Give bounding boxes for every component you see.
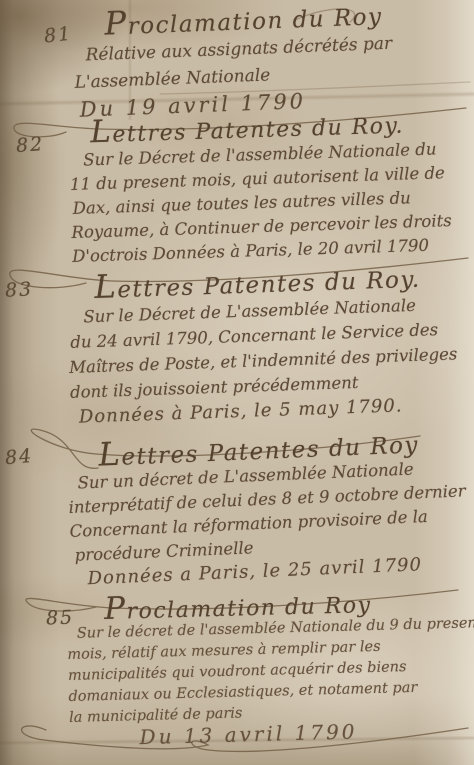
entry-number-82: 82 (15, 133, 45, 157)
registry-entry-81: Proclamation du Roy Rélative aux assigna… (70, 0, 474, 124)
manuscript-page: 81 82 83 84 85 Proclamation du Roy Rélat… (0, 0, 474, 765)
entry-number-81: 81 (43, 23, 73, 48)
registry-entry-82: Lettres Patentes du Roy. Sur le Décret d… (68, 108, 474, 269)
registry-entry-85: Proclamation du Roy Sur le décret de l'a… (66, 589, 474, 750)
registry-entry-84: Lettres Patentes du Roy Sur un décret de… (66, 427, 474, 592)
entry-number-84: 84 (4, 445, 34, 469)
entry-number-83: 83 (4, 278, 33, 301)
registry-entry-83: Lettres Patentes du Roy. Sur le Décret d… (66, 262, 474, 430)
